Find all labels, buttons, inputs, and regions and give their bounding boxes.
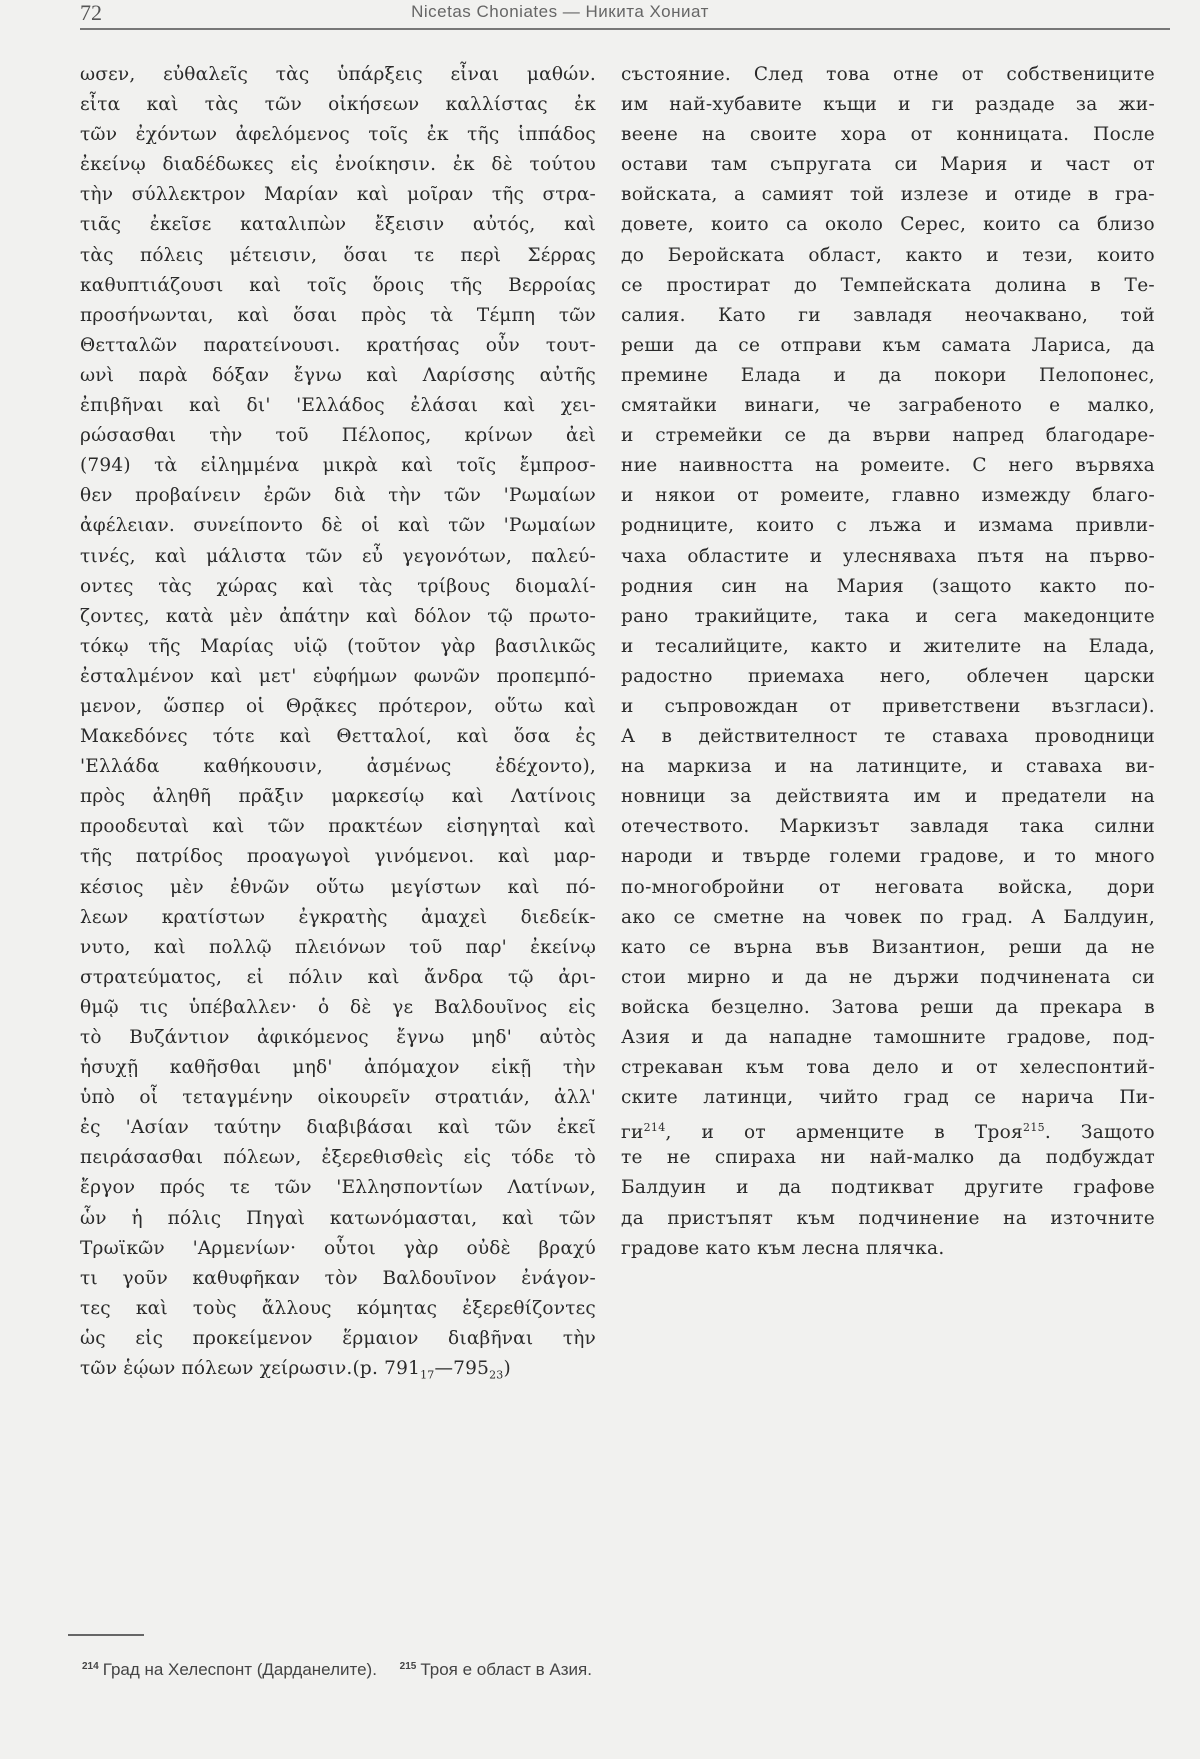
text-line: довете, които са около Серес, които са б…: [621, 210, 1155, 240]
text-line: отечеството. Маркизът завладя така силни: [621, 812, 1155, 842]
greek-text-column: ωσεν, εὐθαλεῖς τὰς ὑπάρξεις εἶναι μαθών.…: [80, 60, 596, 1384]
footnote-number: 215: [400, 1661, 417, 1672]
text-line: λεων κρατίστων ἐγκρατὴς ἀμαχεὶ διεδείκ-: [80, 903, 596, 933]
text-line: на маркиза и на латинците, и ставаха ви-: [621, 752, 1155, 782]
text-line: στρατεύματος, εἰ πόλιν καὶ ἄνδρα τῷ ἀρι-: [80, 963, 596, 993]
text-line: εἶτα καὶ τὰς τῶν οἰκήσεων καλλίστας ἐκ: [80, 90, 596, 120]
text-line: τι γοῦν καθυφῆκαν τὸν Βαλδουῖνον ἐνάγον-: [80, 1264, 596, 1294]
text-line: смятайки винаги, че заграбеното е малко,: [621, 391, 1155, 421]
text-line: като се върна във Византион, реши да не: [621, 933, 1155, 963]
text-line: А в действителност те ставаха проводници: [621, 722, 1155, 752]
text-line: προοδευταὶ καὶ τῶν πρακτέων εἰσηγηταὶ κα…: [80, 812, 596, 842]
text-line: καθυπτιάζουσι καὶ τοῖς ὅροις τῆς Βερροία…: [80, 271, 596, 301]
page-header: 72 Nicetas Choniates — Никита Хониат: [80, 0, 1160, 22]
text-line: ἐς 'Ασίαν ταύτην διαβιβάσαι καὶ τῶν ἐκεῖ: [80, 1113, 596, 1143]
text-line: Τρωϊκῶν 'Αρμενίων· οὗτοι γὰρ οὐδὲ βραχύ: [80, 1234, 596, 1264]
text-line: и тесалийците, както и жителите на Елада…: [621, 632, 1155, 662]
text-line: ἔργον πρός τε τῶν 'Ελλησποντίων Λατίνων,: [80, 1173, 596, 1203]
text-line: Балдуин и да подтикват другите графове: [621, 1173, 1155, 1203]
footnote-number: 214: [82, 1661, 99, 1672]
text-line: остави там съпругата си Мария и част от: [621, 150, 1155, 180]
text-line: τὸ Βυζάντιον ἀφικόμενος ἔγνω μηδ' αὐτὸς: [80, 1023, 596, 1053]
text-line: νυτο, καὶ πολλῷ πλειόνων τοῦ παρ' ἐκείνῳ: [80, 933, 596, 963]
footnotes: 214Град на Хелеспонт (Дарданелите). 215Т…: [82, 1660, 882, 1680]
text-fragment: . Защото: [1045, 1122, 1155, 1143]
text-line: и стремейки се да върви напред благодаре…: [621, 421, 1155, 451]
text-line: ἐσταλμένον καὶ μετ' εὐφήμων φωνῶν προπεμ…: [80, 662, 596, 692]
text-line: ние наивността на ромеите. С него вървях…: [621, 451, 1155, 481]
text-line: ωσεν, εὐθαλεῖς τὰς ὑπάρξεις εἶναι μαθών.: [80, 60, 596, 90]
text-line: τινές, καὶ μάλιστα τῶν εὖ γεγονότων, παλ…: [80, 542, 596, 572]
text-line: войска безцелно. Затова реши да прекара …: [621, 993, 1155, 1023]
text-line: градове като към лесна плячка.: [621, 1234, 1155, 1264]
text-line: Азия и да нападне тамошните градове, под…: [621, 1023, 1155, 1053]
text-line: ἐπιβῆναι καὶ δι' 'Ελλάδος ἐλάσαι καὶ χει…: [80, 391, 596, 421]
text-line: състояние. След това отне от собственици…: [621, 60, 1155, 90]
text-line: (794) τὰ εἰλημμένα μικρὰ καὶ τοῖς ἔμπροσ…: [80, 451, 596, 481]
text-line: ὡς εἰς προκείμενον ἕρμαιον διαβῆναι τὴν: [80, 1324, 596, 1354]
text-line: ἀφέλειαν. συνείποντο δὲ οἱ καὶ τῶν 'Ρωμα…: [80, 511, 596, 541]
text-line: ἡσυχῇ καθῆσθαι μηδ' ἀπόμαχον εἰκῇ τὴν: [80, 1053, 596, 1083]
footnote-214: 214Град на Хелеспонт (Дарданелите).: [82, 1660, 377, 1679]
footnote-text: Троя е област в Азия.: [420, 1660, 592, 1679]
text-line: веене на своите хора от конницата. После: [621, 120, 1155, 150]
text-line: τόκῳ τῆς Μαρίας υἱῷ (τοῦτον γὰρ βασιλικῶ…: [80, 632, 596, 662]
text-line: τιᾶς ἐκεῖσε καταλιπὼν ἔξεισιν αὐτός, καὶ: [80, 210, 596, 240]
text-line: πρὸς ἀληθῆ πρᾶξιν μαρκεσίῳ καὶ Λατίνοις: [80, 782, 596, 812]
text-line: οντες τὰς χώρας καὶ τὰς τρίβους διομαλί-: [80, 572, 596, 602]
page-citation: (p. 79117—79523): [353, 1358, 511, 1379]
text-line: Μακεδόνες τότε καὶ Θετταλοί, καὶ ὅσα ἐς: [80, 722, 596, 752]
text-line: родния син на Мария (защото както по-: [621, 572, 1155, 602]
text-line: τῶν ἐχόντων ἀφελόμενος τοῖς ἐκ τῆς ἱππάδ…: [80, 120, 596, 150]
citation-part: 23: [489, 1369, 503, 1382]
text-line: πειράσασθαι πόλεων, ἐξερεθισθεὶς εἰς τόδ…: [80, 1143, 596, 1173]
text-line: до Беройската област, както и тези, коит…: [621, 241, 1155, 271]
text-line: новници за действията им и предатели на: [621, 782, 1155, 812]
footnote-ref-215[interactable]: 215: [1023, 1121, 1045, 1134]
text-line: войската, а самият той излезе и отиде в …: [621, 180, 1155, 210]
text-line: ските латинци, чийто град се нарича Пи-: [621, 1083, 1155, 1113]
text-line: 'Ελλάδα καθήκουσιν, ἀσμένως ἐδέχοντο),: [80, 752, 596, 782]
text-line: реши да се отправи към самата Лариса, да: [621, 331, 1155, 361]
text-line: народи и твърде големи градове, и то мно…: [621, 842, 1155, 872]
text-line: κέσιος μὲν ἐθνῶν οὕτω μεγίστων καὶ πό-: [80, 873, 596, 903]
text-line: им най-хубавите къщи и ги раздаде за жи-: [621, 90, 1155, 120]
text-line: θεν προβαίνειν ἐρῶν διὰ τὴν τῶν 'Ρωμαίων: [80, 481, 596, 511]
text-line: рано тракийците, така и сега македонците: [621, 602, 1155, 632]
text-line: ги214, и от арменците в Троя215. Защото: [621, 1113, 1155, 1143]
text-line: и съпровождан от приветствени възгласи).: [621, 692, 1155, 722]
text-line: ὧν ἡ πόλις Πηγαὶ κατωνόμασται, καὶ τῶν: [80, 1204, 596, 1234]
text-line: и някои от ромеите, главно измежду благо…: [621, 481, 1155, 511]
running-title: Nicetas Choniates — Никита Хониат: [80, 2, 1040, 22]
text-line: родниците, които с лъжа и измама привли-: [621, 511, 1155, 541]
citation-part: 795: [453, 1358, 489, 1379]
text-line: се простират до Темпейската долина в Те-: [621, 271, 1155, 301]
footnote-215: 215Троя е област в Азия.: [400, 1660, 592, 1679]
text-line: стрекаван към това дело и от хелеспонтий…: [621, 1053, 1155, 1083]
text-line: ὑπὸ οἷ τεταγμένην οἰκουρεῖν στρατιάν, ἀλ…: [80, 1083, 596, 1113]
text-line: ωνὶ παρὰ δόξαν ἔγνω καὶ Λαρίσσης αὐτῆς: [80, 361, 596, 391]
text-line: премине Елада и да покори Пелопонес,: [621, 361, 1155, 391]
text-fragment: , и от арменците в Троя: [666, 1122, 1023, 1143]
citation-part: —: [434, 1358, 453, 1379]
text-line: τὴν σύλλεκτρον Μαρίαν καὶ μοῖραν τῆς στρ…: [80, 180, 596, 210]
text-line: τῶν ἑῴων πόλεων χείρωσιν.(p. 79117—79523…: [80, 1354, 596, 1384]
header-rule: [80, 28, 1170, 30]
footnote-rule: [68, 1634, 144, 1636]
citation-part: ): [504, 1358, 511, 1379]
text-line: ако се сметне на човек по град. А Балдуи…: [621, 903, 1155, 933]
text-line: да пристъпят към подчинение на източните: [621, 1204, 1155, 1234]
text-line: τες καὶ τοὺς ἄλλους κόμητας ἐξερεθίζοντε…: [80, 1294, 596, 1324]
citation-part: 17: [420, 1369, 434, 1382]
text-line: по-многобройни от неговата войска, дори: [621, 873, 1155, 903]
text-line: ρώσασθαι τὴν τοῦ Πέλοπος, κρίνων ἀεὶ: [80, 421, 596, 451]
text-line: Θετταλῶν παρατείνουσι. κρατήσας οὖν τουτ…: [80, 331, 596, 361]
text-line: τὰς πόλεις μέτεισιν, ὅσαι τε περὶ Σέρρας: [80, 241, 596, 271]
text-line: μενον, ὥσπερ οἱ Θρᾷκες πρότερον, οὕτω κα…: [80, 692, 596, 722]
footnote-ref-214[interactable]: 214: [644, 1121, 666, 1134]
text-line: чаха областите и улесняваха пътя на първ…: [621, 542, 1155, 572]
text-line: радостно приемаха него, облечен царски: [621, 662, 1155, 692]
bulgarian-text-column: състояние. След това отне от собственици…: [621, 60, 1155, 1264]
text-fragment: τῶν ἑῴων πόλεων χείρωσιν.: [80, 1358, 353, 1379]
text-line: θμῷ τις ὑπέβαλλεν· ὁ δὲ γε Βαλδουῖνος εἰ…: [80, 993, 596, 1023]
text-line: ἐκείνῳ διαδέδωκες εἰς ἐνοίκησιν. ἐκ δὲ τ…: [80, 150, 596, 180]
text-fragment: ги: [621, 1122, 644, 1143]
text-line: ζοντες, κατὰ μὲν ἀπάτην καὶ δόλον τῷ πρω…: [80, 602, 596, 632]
text-line: стои мирно и да не държи подчинената си: [621, 963, 1155, 993]
footnote-text: Град на Хелеспонт (Дарданелите).: [103, 1660, 377, 1679]
citation-part: (p.: [353, 1358, 385, 1379]
text-line: салия. Като ги завладя неочаквано, той: [621, 301, 1155, 331]
citation-part: 791: [384, 1358, 420, 1379]
text-line: те не спираха ни най-малко да подбуждат: [621, 1143, 1155, 1173]
text-line: τῆς πατρίδος προαγωγοὶ γινόμενοι. καὶ μα…: [80, 842, 596, 872]
text-line: προσήνωνται, καὶ ὅσαι πρὸς τὰ Τέμπη τῶν: [80, 301, 596, 331]
